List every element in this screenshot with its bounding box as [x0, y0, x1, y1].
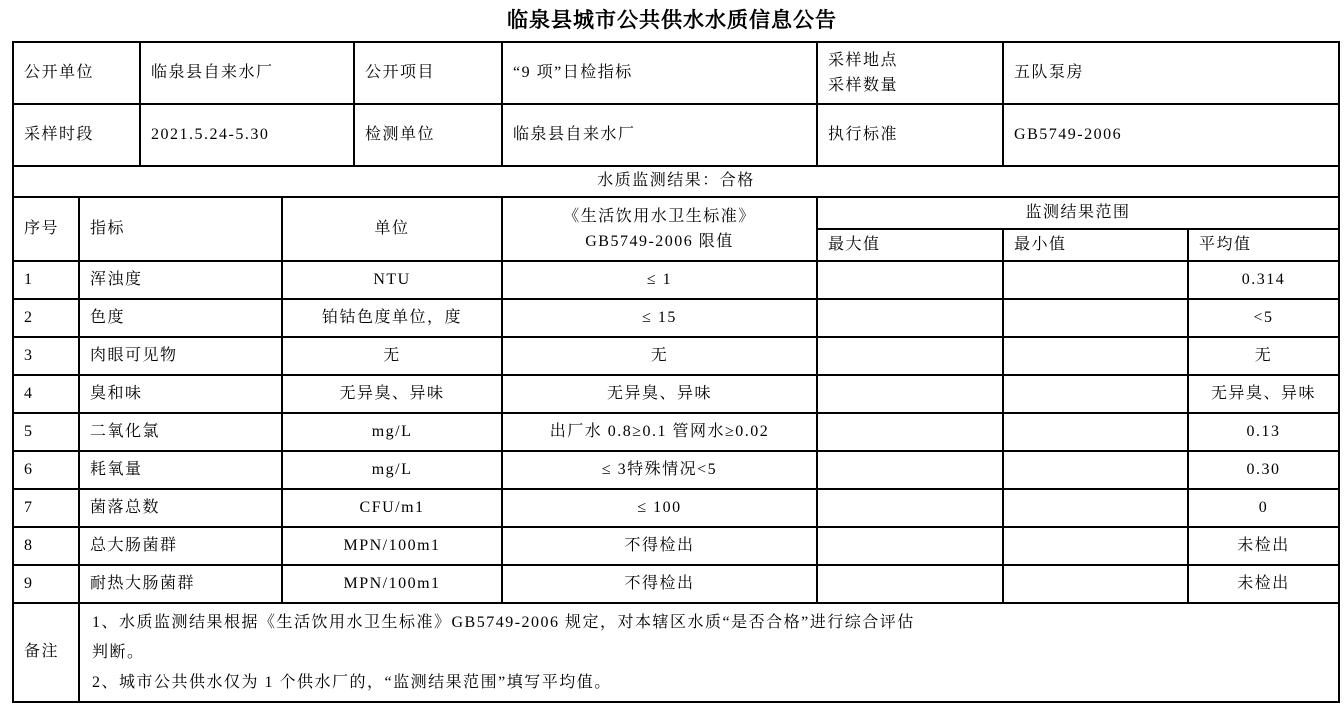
- cell-unit: CFU/m1: [282, 489, 502, 527]
- remark-line-2: 判断。: [92, 638, 1338, 668]
- remark-line-1: 1、水质监测结果根据《生活饮用水卫生标准》GB5749-2006 规定，对本辖区…: [92, 608, 1338, 638]
- cell-max: [817, 527, 1003, 565]
- cell-max: [817, 337, 1003, 375]
- label-testing-unit: 检测单位: [354, 104, 502, 166]
- cell-limit: 不得检出: [502, 565, 817, 603]
- cell-indicator: 二氧化氯: [79, 413, 282, 451]
- cell-index: 9: [13, 565, 79, 603]
- cell-min: [1003, 527, 1188, 565]
- cell-max: [817, 413, 1003, 451]
- cell-index: 4: [13, 375, 79, 413]
- cell-indicator: 浑浊度: [79, 261, 282, 299]
- value-testing-unit: 临泉县自来水厂: [502, 104, 817, 166]
- cell-unit: 无: [282, 337, 502, 375]
- cell-avg: 未检出: [1188, 527, 1339, 565]
- cell-unit: MPN/100m1: [282, 565, 502, 603]
- label-sampling-site-count: 采样地点 采样数量: [817, 42, 1003, 104]
- cell-avg: 未检出: [1188, 565, 1339, 603]
- cell-unit: mg/L: [282, 413, 502, 451]
- page-title: 临泉县城市公共供水水质信息公告: [0, 4, 1344, 34]
- cell-limit: ≤ 100: [502, 489, 817, 527]
- cell-unit: 无异臭、异味: [282, 375, 502, 413]
- cell-indicator: 色度: [79, 299, 282, 337]
- cell-limit: ≤ 15: [502, 299, 817, 337]
- cell-max: [817, 299, 1003, 337]
- table-row: 9 耐热大肠菌群 MPN/100m1 不得检出 未检出: [13, 565, 1339, 603]
- cell-unit: MPN/100m1: [282, 527, 502, 565]
- label-sampling-site: 采样地点: [828, 48, 1002, 73]
- value-public-unit: 临泉县自来水厂: [140, 42, 354, 104]
- label-standard: 执行标准: [817, 104, 1003, 166]
- col-header-limit: 《生活饮用水卫生标准》 GB5749-2006 限值: [502, 197, 817, 261]
- col-header-min: 最小值: [1003, 229, 1188, 261]
- cell-limit: ≤ 3特殊情况<5: [502, 451, 817, 489]
- cell-avg: 0.13: [1188, 413, 1339, 451]
- remark-label: 备注: [13, 603, 79, 702]
- cell-max: [817, 489, 1003, 527]
- cell-indicator: 肉眼可见物: [79, 337, 282, 375]
- cell-max: [817, 375, 1003, 413]
- cell-limit: 出厂水 0.8≥0.1 管网水≥0.02: [502, 413, 817, 451]
- cell-indicator: 耐热大肠菌群: [79, 565, 282, 603]
- cell-unit: mg/L: [282, 451, 502, 489]
- cell-min: [1003, 565, 1188, 603]
- col-header-indicator: 指标: [79, 197, 282, 261]
- table-row: 3 肉眼可见物 无 无 无: [13, 337, 1339, 375]
- cell-index: 7: [13, 489, 79, 527]
- cell-indicator: 耗氧量: [79, 451, 282, 489]
- cell-indicator: 总大肠菌群: [79, 527, 282, 565]
- cell-min: [1003, 413, 1188, 451]
- announcement-page: 临泉县城市公共供水水质信息公告 公开单位 临泉县自来水厂 公开项目 “9 项”日…: [0, 4, 1344, 703]
- water-quality-table: 公开单位 临泉县自来水厂 公开项目 “9 项”日检指标 采样地点 采样数量 五队…: [12, 41, 1340, 703]
- cell-min: [1003, 489, 1188, 527]
- cell-avg: 无: [1188, 337, 1339, 375]
- value-sampling-site: 五队泵房: [1003, 42, 1339, 104]
- cell-min: [1003, 375, 1188, 413]
- table-row: 6 耗氧量 mg/L ≤ 3特殊情况<5 0.30: [13, 451, 1339, 489]
- table-row: 5 二氧化氯 mg/L 出厂水 0.8≥0.1 管网水≥0.02 0.13: [13, 413, 1339, 451]
- result-banner: 水质监测结果：合格: [13, 166, 1339, 197]
- cell-index: 6: [13, 451, 79, 489]
- cell-limit: 无异臭、异味: [502, 375, 817, 413]
- cell-index: 2: [13, 299, 79, 337]
- col-header-max: 最大值: [817, 229, 1003, 261]
- header-row-1: 序号 指标 单位 《生活饮用水卫生标准》 GB5749-2006 限值 监测结果…: [13, 197, 1339, 229]
- col-header-avg: 平均值: [1188, 229, 1339, 261]
- remark-content: 1、水质监测结果根据《生活饮用水卫生标准》GB5749-2006 规定，对本辖区…: [79, 603, 1339, 702]
- cell-indicator: 菌落总数: [79, 489, 282, 527]
- table-row: 7 菌落总数 CFU/m1 ≤ 100 0: [13, 489, 1339, 527]
- cell-limit: ≤ 1: [502, 261, 817, 299]
- col-header-limit-line2: GB5749-2006 限值: [503, 229, 816, 254]
- result-banner-row: 水质监测结果：合格: [13, 166, 1339, 197]
- col-header-unit: 单位: [282, 197, 502, 261]
- col-header-limit-line1: 《生活饮用水卫生标准》: [503, 204, 816, 229]
- col-header-range: 监测结果范围: [817, 197, 1339, 229]
- cell-max: [817, 565, 1003, 603]
- cell-unit: NTU: [282, 261, 502, 299]
- cell-min: [1003, 337, 1188, 375]
- label-sampling-count: 采样数量: [828, 73, 1002, 98]
- cell-indicator: 臭和味: [79, 375, 282, 413]
- cell-max: [817, 261, 1003, 299]
- remark-row: 备注 1、水质监测结果根据《生活饮用水卫生标准》GB5749-2006 规定，对…: [13, 603, 1339, 702]
- table-row: 8 总大肠菌群 MPN/100m1 不得检出 未检出: [13, 527, 1339, 565]
- cell-unit: 铂钴色度单位，度: [282, 299, 502, 337]
- value-sampling-period: 2021.5.24-5.30: [140, 104, 354, 166]
- value-standard: GB5749-2006: [1003, 104, 1339, 166]
- cell-avg: 0: [1188, 489, 1339, 527]
- label-public-item: 公开项目: [354, 42, 502, 104]
- label-public-unit: 公开单位: [13, 42, 140, 104]
- cell-limit: 无: [502, 337, 817, 375]
- cell-avg: <5: [1188, 299, 1339, 337]
- cell-min: [1003, 261, 1188, 299]
- cell-limit: 不得检出: [502, 527, 817, 565]
- cell-index: 3: [13, 337, 79, 375]
- cell-max: [817, 451, 1003, 489]
- cell-min: [1003, 299, 1188, 337]
- cell-min: [1003, 451, 1188, 489]
- value-public-item: “9 项”日检指标: [502, 42, 817, 104]
- table-row: 1 浑浊度 NTU ≤ 1 0.314: [13, 261, 1339, 299]
- table-row: 2 色度 铂钴色度单位，度 ≤ 15 <5: [13, 299, 1339, 337]
- cell-avg: 0.30: [1188, 451, 1339, 489]
- cell-avg: 0.314: [1188, 261, 1339, 299]
- info-row-2: 采样时段 2021.5.24-5.30 检测单位 临泉县自来水厂 执行标准 GB…: [13, 104, 1339, 166]
- table-row: 4 臭和味 无异臭、异味 无异臭、异味 无异臭、异味: [13, 375, 1339, 413]
- remark-line-3: 2、城市公共供水仅为 1 个供水厂的，“监测结果范围”填写平均值。: [92, 668, 1338, 698]
- info-row-1: 公开单位 临泉县自来水厂 公开项目 “9 项”日检指标 采样地点 采样数量 五队…: [13, 42, 1339, 104]
- label-sampling-period: 采样时段: [13, 104, 140, 166]
- col-header-index: 序号: [13, 197, 79, 261]
- cell-index: 5: [13, 413, 79, 451]
- cell-index: 8: [13, 527, 79, 565]
- cell-avg: 无异臭、异味: [1188, 375, 1339, 413]
- cell-index: 1: [13, 261, 79, 299]
